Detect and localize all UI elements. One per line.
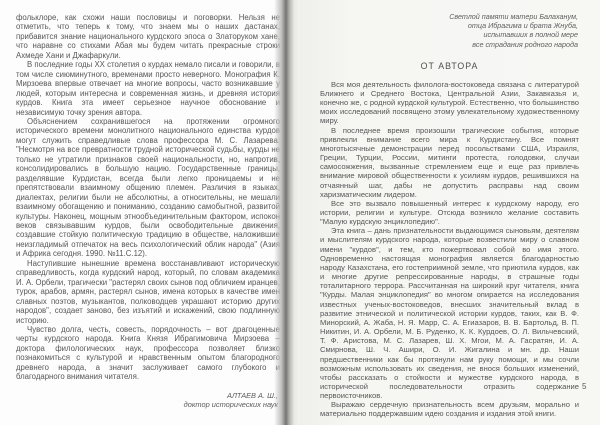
paragraph: Все это вызвало повышенный интерес к кур… bbox=[320, 199, 579, 226]
paragraph: фольклоре, как схожи наши пословицы и по… bbox=[16, 13, 280, 60]
dedication-line: Светлой памяти матери Балаханум, bbox=[320, 12, 578, 21]
paragraph: Выражаю сердечную признательность всем д… bbox=[320, 400, 579, 418]
right-page: Светлой памяти матери Балаханум, отца Иб… bbox=[300, 0, 600, 425]
dedication: Светлой памяти матери Балаханум, отца Иб… bbox=[320, 12, 579, 49]
right-page-text-column: Светлой памяти матери Балаханум, отца Иб… bbox=[320, 12, 579, 419]
page-number: 5 bbox=[582, 382, 586, 391]
dedication-line: все страдания родного народа bbox=[320, 40, 578, 49]
right-page-body: Вся моя деятельность филолога-востоковед… bbox=[320, 80, 579, 419]
dedication-line: испытавших в полной мере bbox=[320, 30, 578, 39]
left-page: фольклоре, как схожи наши пословицы и по… bbox=[0, 0, 283, 425]
dedication-line: отца Ибрагима и брата Жнуба, bbox=[320, 21, 578, 30]
paragraph: В последнее время произошли трагические … bbox=[320, 126, 579, 199]
signature-name: АЛТАЕВ А. Ш., bbox=[16, 391, 278, 401]
paragraph: Наступившие нынешние времена восстанавли… bbox=[16, 259, 280, 325]
paragraph: В последние годы XX столетия о курдах не… bbox=[16, 60, 280, 117]
signature-title: доктор исторических наук bbox=[16, 400, 278, 410]
author-signature: АЛТАЕВ А. Ш., доктор исторических наук bbox=[16, 391, 280, 411]
book-spread: фольклоре, как схожи наши пословицы и по… bbox=[0, 0, 600, 425]
paragraph: Вся моя деятельность филолога-востоковед… bbox=[320, 80, 579, 126]
paragraph: Эта книга – дань признательности выдающи… bbox=[320, 226, 579, 400]
paragraph: Объяснением сохранившегося на протяжении… bbox=[16, 117, 280, 259]
left-page-text-column: фольклоре, как схожи наши пословицы и по… bbox=[16, 13, 280, 410]
section-heading-ot-avtora: ОТ АВТОРА bbox=[320, 61, 579, 71]
page-gutter-shadow bbox=[274, 0, 300, 425]
paragraph: Чувство долга, честь, совесть, порядочно… bbox=[16, 325, 280, 382]
